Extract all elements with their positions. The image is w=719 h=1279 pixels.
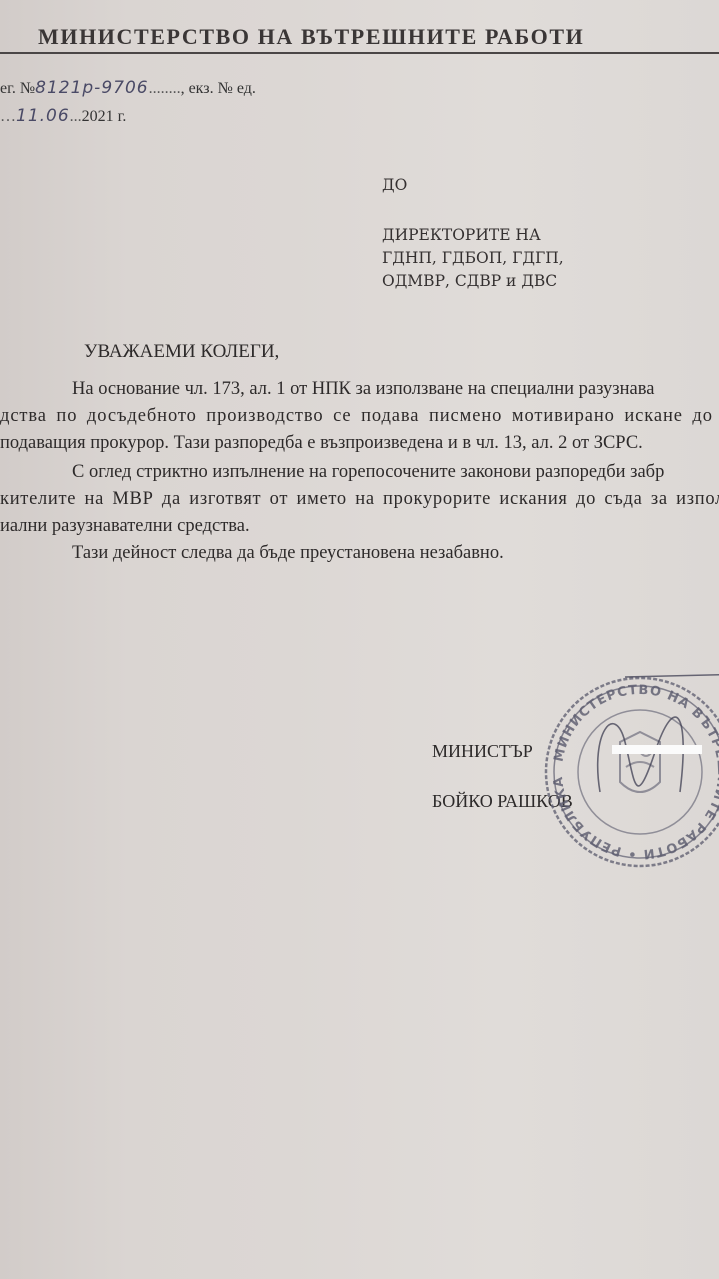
addressee-to: ДО: [382, 176, 407, 194]
salutation: УВАЖАЕМИ КОЛЕГИ,: [84, 341, 279, 363]
copies-label: , екз. № ед.: [181, 80, 256, 97]
date-line: …11.06...2021 г.: [0, 106, 126, 126]
registry-dots: ........: [149, 80, 181, 97]
paragraph-line: иални разузнавателни средства.: [0, 513, 719, 540]
addressee-line: ДИРЕКТОРИТЕ НА: [382, 226, 541, 244]
redaction-bar: [612, 745, 702, 754]
registry-line: ег. №8121р-9706........, екз. № ед.: [0, 78, 256, 98]
date-handwritten: 11.06: [16, 106, 70, 126]
ministry-header: МИНИСТЕРСТВО НА ВЪТРЕШНИТЕ РАБОТИ: [38, 24, 584, 50]
paragraph-3: Тази дейност следва да бъде преустановен…: [0, 540, 719, 567]
registry-number: 8121р-9706: [35, 78, 148, 98]
paragraph-1: На основание чл. 173, ал. 1 от НПК за из…: [0, 376, 719, 457]
paragraph-line: кителите на МВР да изготвят от името на …: [0, 486, 719, 513]
addressee-line: ОДМВР, СДВР и ДВС: [382, 272, 557, 290]
paragraph-line: подаващия прокурор. Тази разпоредба е въ…: [0, 430, 719, 457]
paragraph-line: С оглед стриктно изпълнение на горепосоч…: [0, 459, 719, 486]
official-stamp-icon: МИНИСТЕРСТВО НА ВЪТРЕШНИТЕ РАБОТИ • РЕПУ…: [530, 672, 719, 872]
date-dots-before: …: [0, 108, 16, 125]
header-rule: [0, 52, 719, 54]
paragraph-line: дства по досъдебното производство се под…: [0, 403, 719, 430]
paragraph-line: Тази дейност следва да бъде преустановен…: [0, 540, 719, 567]
registry-label: ег. №: [0, 80, 35, 97]
paragraph-2: С оглед стриктно изпълнение на горепосоч…: [0, 459, 719, 540]
addressee-line: ГДНП, ГДБОП, ГДГП,: [382, 249, 564, 267]
signature-title: МИНИСТЪР: [432, 741, 533, 762]
paragraph-line: На основание чл. 173, ал. 1 от НПК за из…: [0, 376, 719, 403]
date-dots-after: ...: [70, 108, 82, 125]
date-year: 2021 г.: [82, 108, 127, 125]
